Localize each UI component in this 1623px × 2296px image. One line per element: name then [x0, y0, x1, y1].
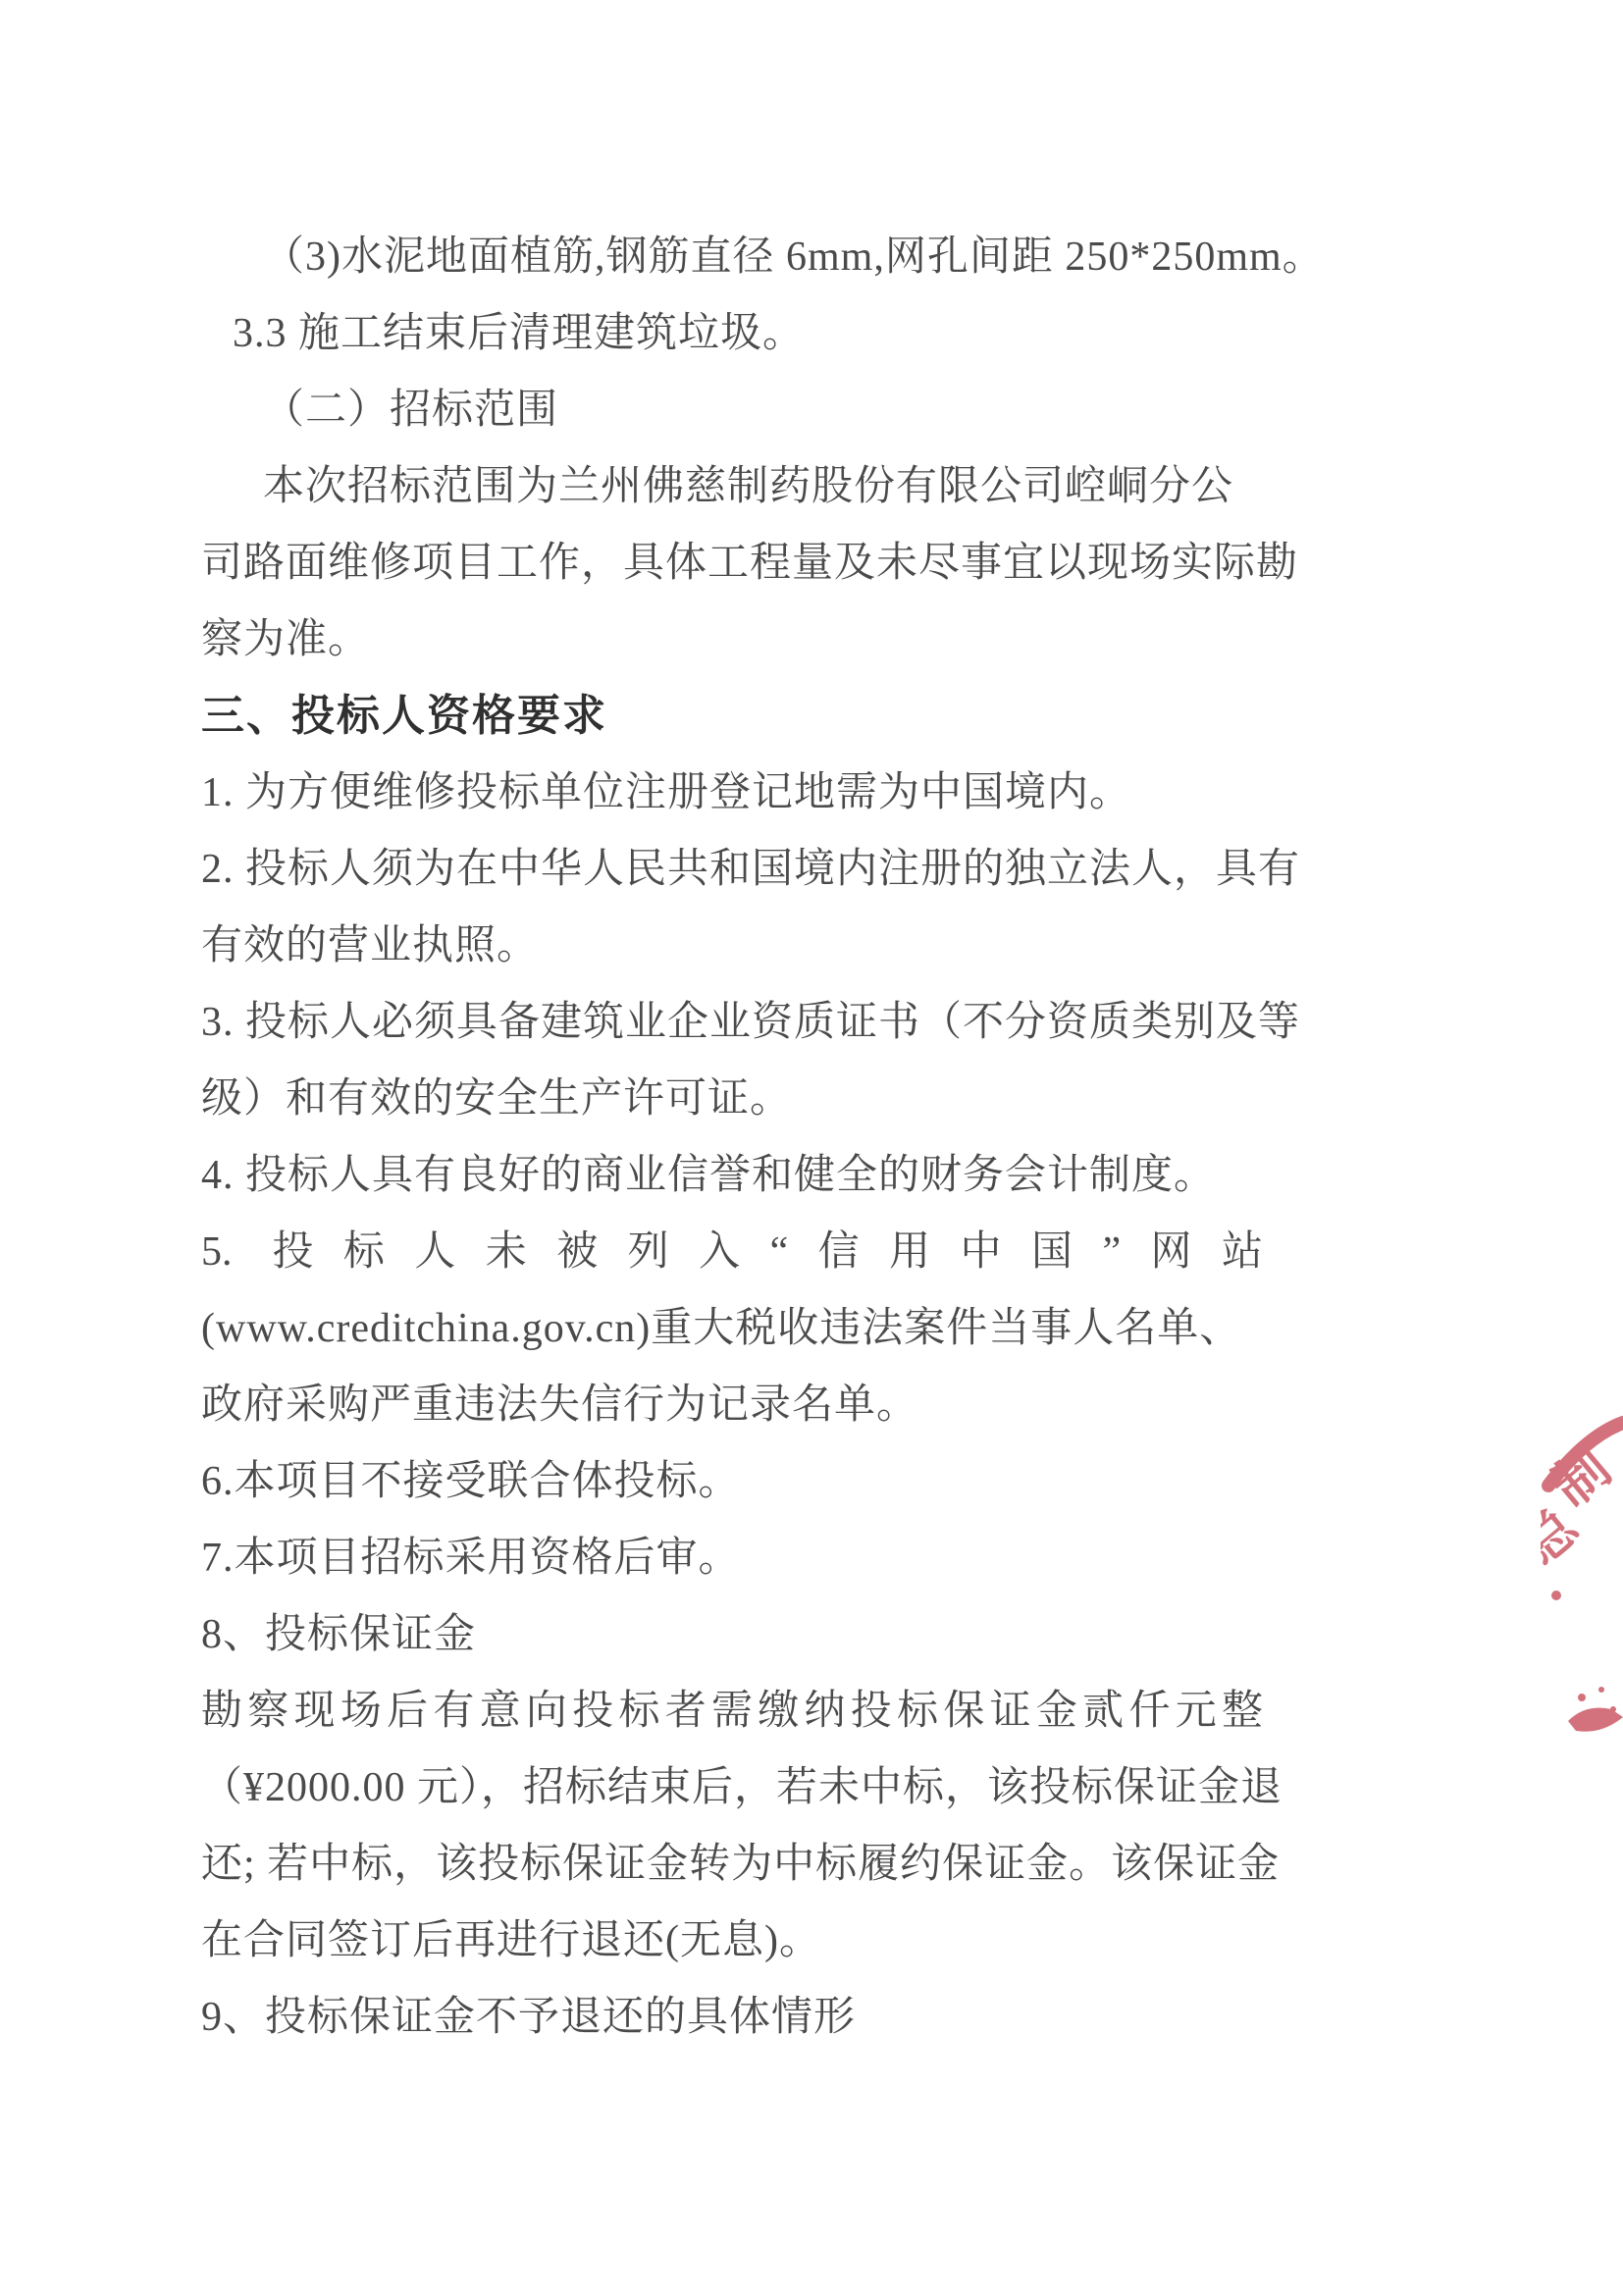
text-line: 5. 投标人未被列入“信用中国”网站: [201, 1226, 1263, 1278]
seal-ink-speck-3: [1610, 1706, 1616, 1712]
text-line: （二）招标范围: [263, 385, 1263, 436]
text-line: 勘察现场后有意向投标者需缴纳投标保证金贰仟元整: [201, 1686, 1263, 1737]
red-seal-stamp-fragment: 制 总: [1541, 1393, 1623, 1786]
text-line: 政府采购严重违法失信行为记录名单。: [201, 1380, 1263, 1431]
text-line: 司路面维修项目工作，具体工程量及未尽事宜以现场实际勘: [201, 538, 1263, 589]
section-heading: 三、投标人资格要求: [201, 691, 1263, 742]
seal-ink-speck-2: [1598, 1687, 1604, 1693]
text-line: 4. 投标人具有良好的商业信誉和健全的财务会计制度。: [201, 1150, 1263, 1201]
seal-ink-dot: [1551, 1591, 1561, 1600]
text-line: 察为准。: [201, 614, 1263, 665]
text-line: （3)水泥地面植筋,钢筋直径 6mm,网孔间距 250*250mm。: [263, 232, 1263, 283]
text-line: 还; 若中标，该投标保证金转为中标履约保证金。该保证金: [201, 1839, 1263, 1890]
text-line: 1. 为方便维修投标单位注册登记地需为中国境内。: [201, 767, 1263, 818]
text-line: （¥2000.00 元），招标结束后，若未中标，该投标保证金退: [201, 1762, 1263, 1813]
text-line: 8、投标保证金: [201, 1609, 1263, 1660]
text-line: (www.creditchina.gov.cn)重大税收违法案件当事人名单、: [201, 1303, 1263, 1354]
text-line: 7.本项目招标采用资格后审。: [201, 1533, 1263, 1584]
text-line: 级）和有效的安全生产许可证。: [201, 1073, 1263, 1124]
text-line: 6.本项目不接受联合体投标。: [201, 1456, 1263, 1507]
text-line: 有效的营业执照。: [201, 920, 1263, 971]
seal-ink-speck-1: [1578, 1694, 1586, 1701]
text-line: 在合同签订后再进行退还(无息)。: [201, 1915, 1263, 1966]
text-line: 3. 投标人必须具备建筑业企业资质证书（不分资质类别及等: [201, 997, 1263, 1048]
text-line: 2. 投标人须为在中华人民共和国境内注册的独立法人，具有: [201, 844, 1263, 895]
text-line: 9、投标保证金不予退还的具体情形: [201, 1992, 1263, 2043]
text-line: 3.3 施工结束后清理建筑垃圾。: [233, 308, 1263, 359]
scanned-document-page: （3)水泥地面植筋,钢筋直径 6mm,网孔间距 250*250mm。3.3 施工…: [0, 0, 1623, 2296]
text-line: 本次招标范围为兰州佛慈制药股份有限公司崆峒分公: [263, 461, 1263, 512]
